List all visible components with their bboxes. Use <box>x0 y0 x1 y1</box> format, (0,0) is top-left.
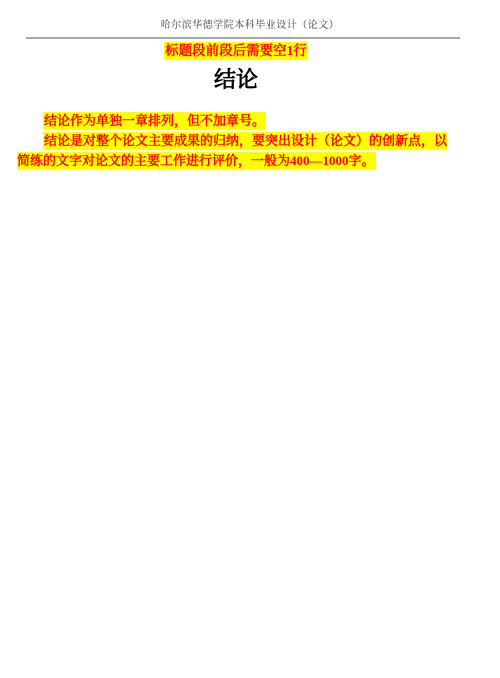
section-heading: 结论 <box>17 65 455 95</box>
header-rule <box>26 37 460 39</box>
paragraph-highlight: 结论作为单独一章排列，但不加章号。 <box>43 112 266 130</box>
document-page: 哈尔滨华德学院本科毕业设计（论文） 标题段前段后需要空1行 结论 结论作为单独一… <box>0 0 500 678</box>
paragraph: 结论作为单独一章排列，但不加章号。 <box>17 111 455 131</box>
annotation-highlight: 标题段前段后需要空1行 <box>164 42 308 60</box>
page-header-title: 哈尔滨华德学院本科毕业设计（论文） <box>0 20 500 31</box>
annotation-line: 标题段前段后需要空1行 <box>17 42 455 59</box>
paragraph-highlight: 结论是对整个论文主要成果的归纳，要突出设计（论文）的创新点，以简练的文字对论文的… <box>17 132 447 170</box>
paragraph: 结论是对整个论文主要成果的归纳，要突出设计（论文）的创新点，以简练的文字对论文的… <box>17 131 455 171</box>
document-body: 标题段前段后需要空1行 结论 结论作为单独一章排列，但不加章号。 结论是对整个论… <box>17 42 455 171</box>
